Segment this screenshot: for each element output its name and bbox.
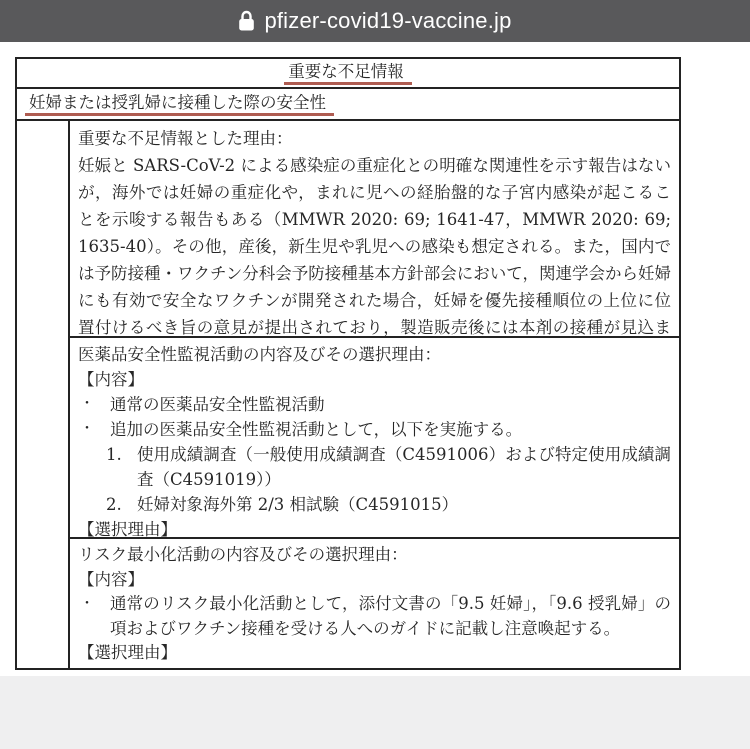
- table-subtitle-row: 妊婦または授乳婦に接種した際の安全性: [17, 87, 679, 119]
- section-risk-minimization: リスク最小化活動の内容及びその選択理由： 【内容】 ・ 通常のリスク最小化活動と…: [70, 537, 679, 668]
- rm-reason-label: 【選択理由】: [78, 641, 671, 666]
- mobile-browser-screen: pfizer-covid19-vaccine.jp 重要な不足情報 妊婦または授…: [0, 0, 750, 749]
- number-marker: 1.: [104, 442, 137, 492]
- url-bar[interactable]: pfizer-covid19-vaccine.jp: [0, 0, 750, 42]
- list-item: ・ 通常のリスク最小化活動として，添付文書の「9.5 妊婦」，「9.6 授乳婦」…: [78, 592, 671, 641]
- content-column: 重要な不足情報とした理由： 妊娠と SARS-CoV-2 による感染症の重症化と…: [70, 121, 679, 668]
- lock-icon: [238, 10, 255, 32]
- document-page: 重要な不足情報 妊婦または授乳婦に接種した際の安全性 重要な不足情報とした理由：…: [0, 42, 750, 676]
- pv-heading: 医薬品安全性監視活動の内容及びその選択理由：: [78, 342, 671, 367]
- reason-heading: 重要な不足情報とした理由：: [78, 125, 671, 152]
- numbered-item: 1. 使用成績調査（一般使用成績調査（C4591006）および特定使用成績調査（…: [78, 442, 671, 492]
- section-pharmacovigilance: 医薬品安全性監視活動の内容及びその選択理由： 【内容】 ・ 通常の医薬品安全性監…: [70, 336, 679, 537]
- viewer-background: [0, 676, 750, 749]
- list-item: ・ 追加の医薬品安全性監視活動として，以下を実施する。: [78, 417, 671, 442]
- bullet-marker: ・: [78, 417, 110, 442]
- table-subtitle: 妊婦または授乳婦に接種した際の安全性: [25, 93, 334, 116]
- table-body: 重要な不足情報とした理由： 妊娠と SARS-CoV-2 による感染症の重症化と…: [17, 119, 679, 668]
- rm-heading: リスク最小化活動の内容及びその選択理由：: [78, 543, 671, 568]
- rmp-table: 重要な不足情報 妊婦または授乳婦に接種した際の安全性 重要な不足情報とした理由：…: [15, 57, 681, 670]
- url-text: pfizer-covid19-vaccine.jp: [264, 8, 511, 34]
- bullet-marker: ・: [78, 666, 110, 669]
- reason-text: 妊娠と SARS-CoV-2 による感染症の重症化との明確な関連性を示す報告はな…: [78, 156, 671, 336]
- table-title-row: 重要な不足情報: [17, 59, 679, 87]
- list-item: ・ 医療機関に対し確実に情報提供を行い，適正な使用に関する理解を促すため。: [78, 666, 671, 669]
- numbered-item: 2. 妊婦対象海外第 2/3 相試験（C4591015）: [78, 492, 671, 517]
- reason-paragraph: 妊娠と SARS-CoV-2 による感染症の重症化との明確な関連性を示す報告はな…: [78, 152, 671, 336]
- number-marker: 2.: [104, 492, 137, 517]
- pv-content-label: 【内容】: [78, 367, 671, 392]
- pv-reason-label: 【選択理由】: [78, 517, 671, 537]
- table-title: 重要な不足情報: [284, 62, 412, 85]
- section-reason: 重要な不足情報とした理由： 妊娠と SARS-CoV-2 による感染症の重症化と…: [70, 121, 679, 336]
- bullet-marker: ・: [78, 592, 110, 641]
- bullet-marker: ・: [78, 392, 110, 417]
- list-item: ・ 通常の医薬品安全性監視活動: [78, 392, 671, 417]
- empty-left-column: [17, 121, 70, 668]
- rm-content-label: 【内容】: [78, 568, 671, 593]
